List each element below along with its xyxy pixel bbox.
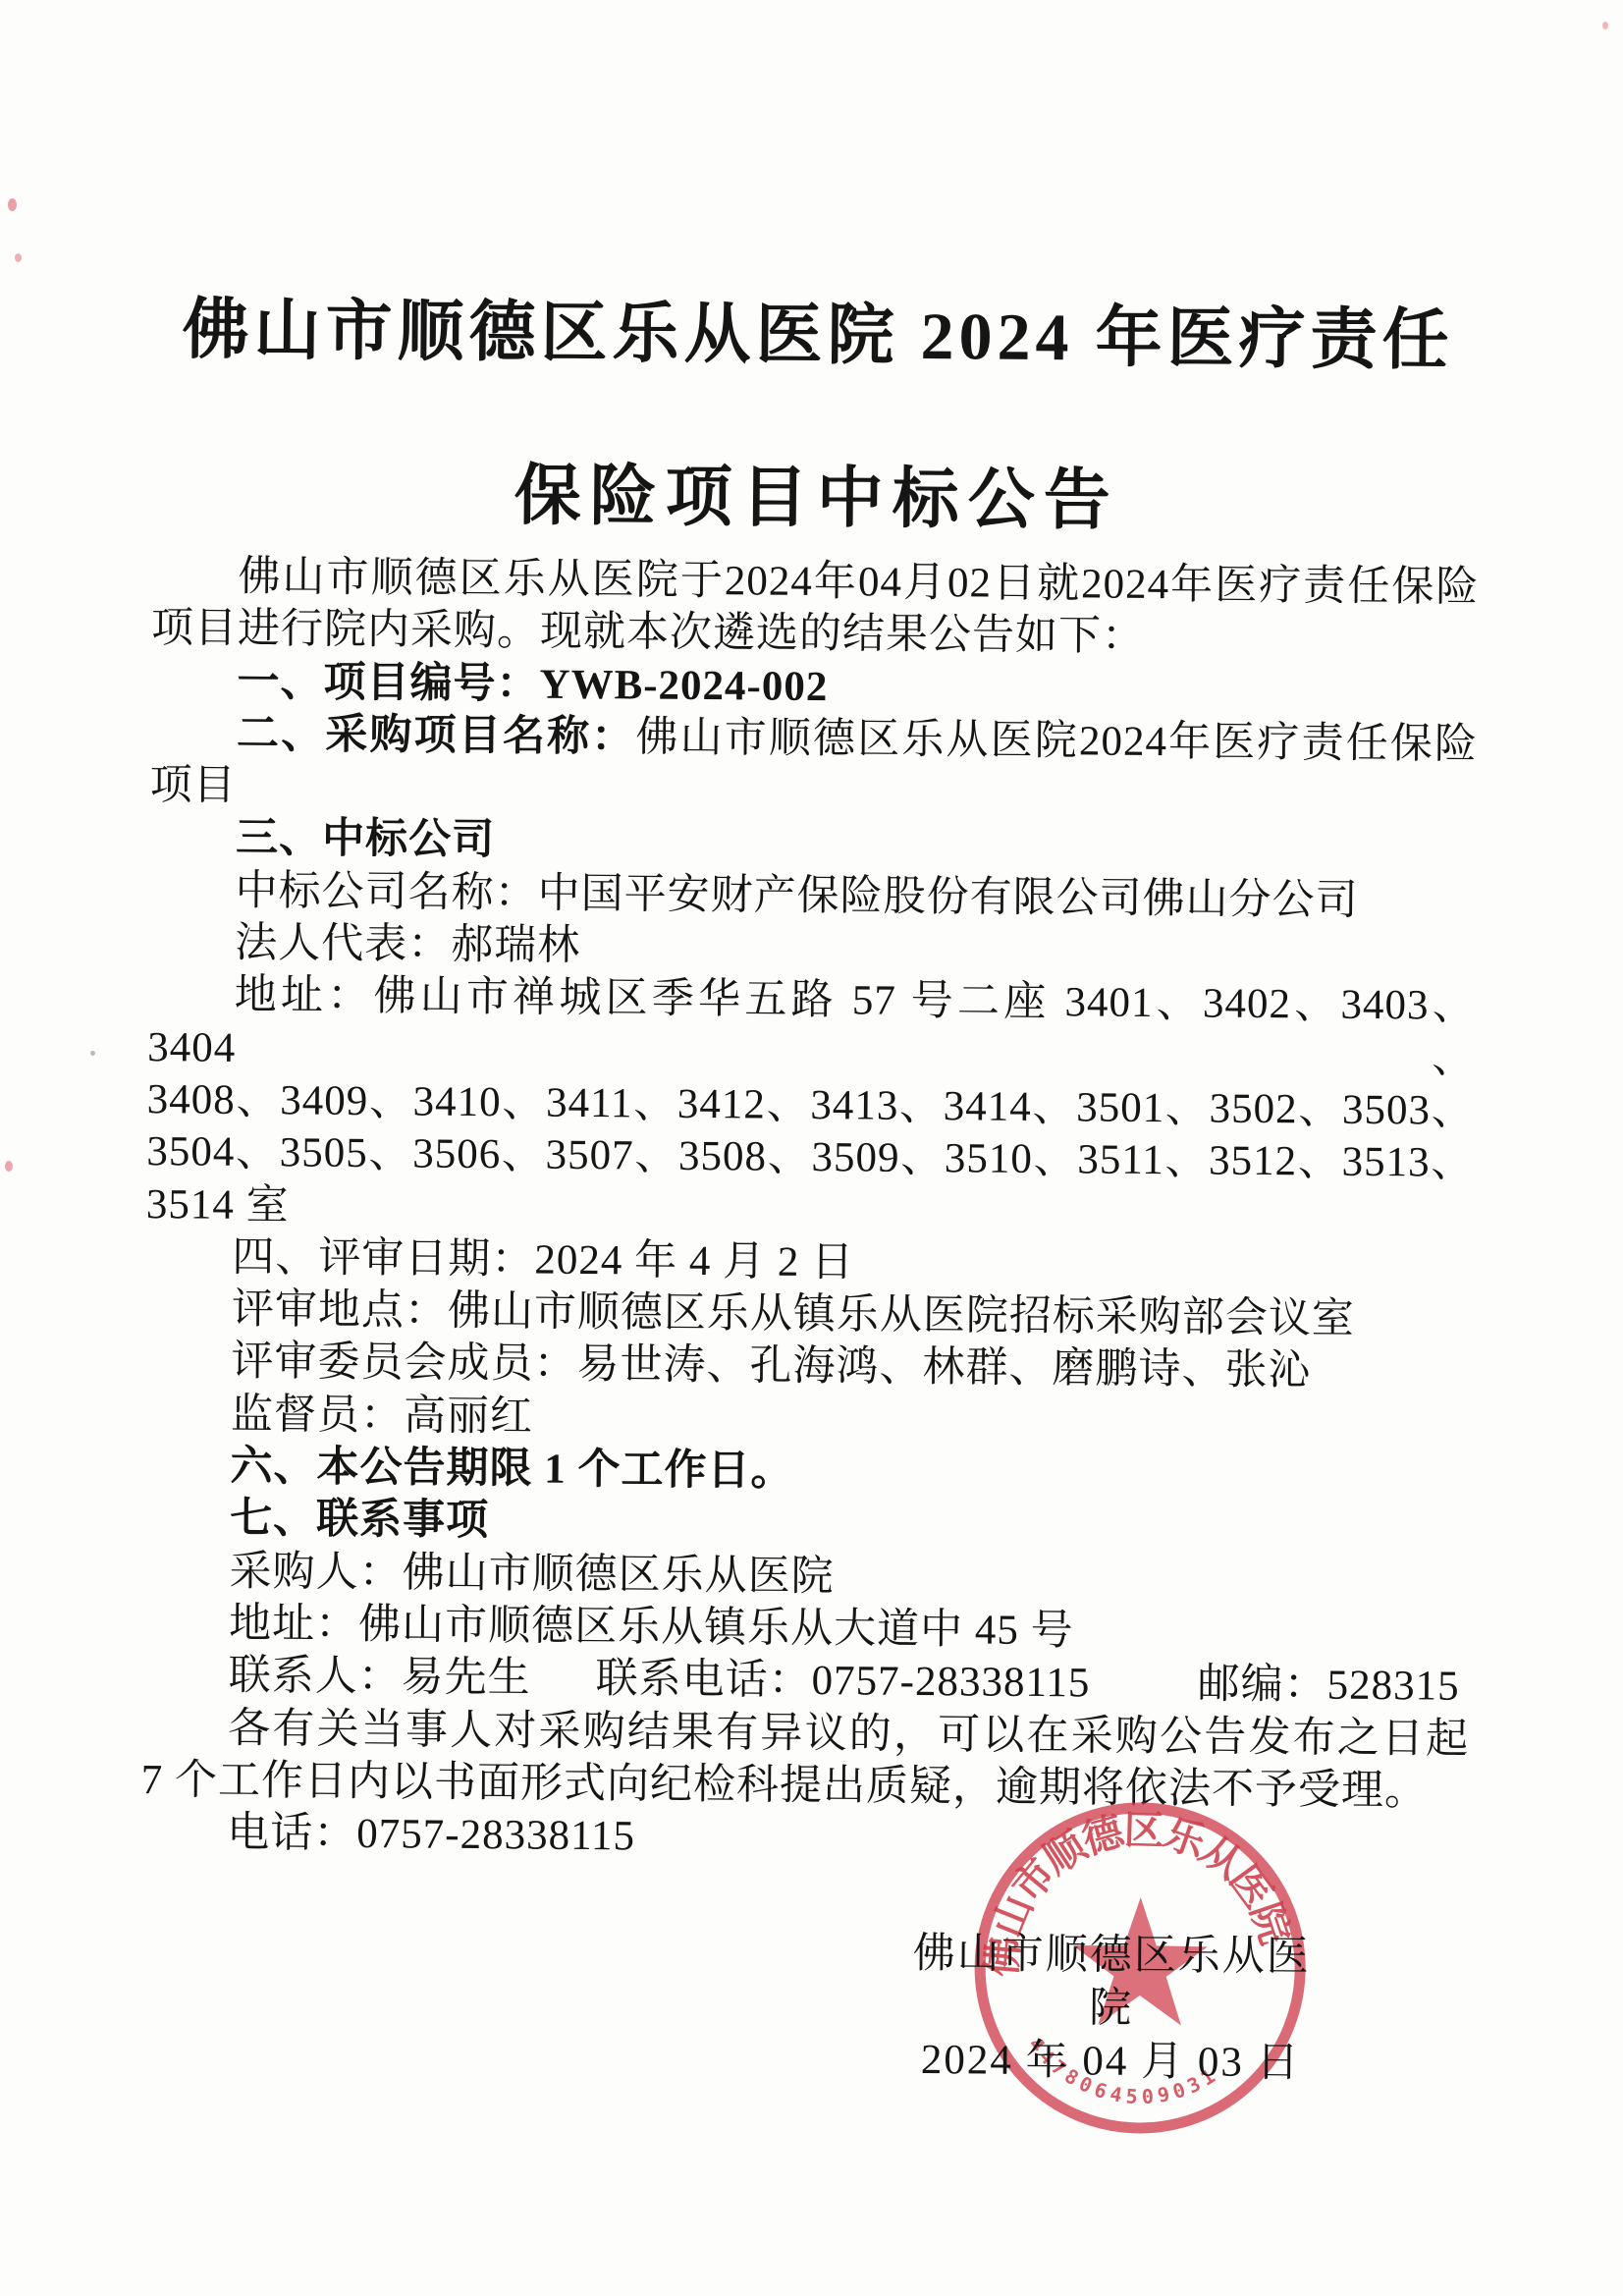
scan-speck bbox=[1602, 22, 1608, 29]
scanned-announcement: 佛山市顺德区乐从医院 2024 年医疗责任 保险项目中标公告 佛山市顺德区乐从医… bbox=[0, 0, 1623, 2296]
document-page: 佛山市顺德区乐从医院 2024 年医疗责任 保险项目中标公告 佛山市顺德区乐从医… bbox=[0, 0, 1623, 2296]
contact-phone: 联系电话：0757-28338115 bbox=[595, 1653, 1090, 1710]
signature-organization: 佛山市顺德区乐从医院 bbox=[893, 1928, 1330, 2038]
signature-date: 2024 年 04 月 03 日 bbox=[893, 2034, 1328, 2091]
document-title-line1: 佛山市顺德区乐从医院 2024 年医疗责任 bbox=[6, 285, 1623, 383]
signature-block: 佛山市顺德区乐从医院 2024 年 04 月 03 日 bbox=[893, 1928, 1329, 2091]
scan-speck bbox=[90, 1051, 95, 1056]
postal-code: 邮编：528315 bbox=[1197, 1659, 1459, 1714]
scan-speck bbox=[5, 1161, 13, 1172]
objection-notice: 各有关当事人对采购结果有异议的，可以在采购公告发布之日起 7 个工作日内以书面形… bbox=[141, 1702, 1470, 1818]
intro-paragraph: 佛山市顺德区乐从医院于2024年04月02日就2024年医疗责任保险项目进行院内… bbox=[151, 550, 1480, 666]
winner-address-line1: 地址：佛山市禅城区季华五路 57 号二座 3401、3402、3403、3404… bbox=[147, 968, 1476, 1084]
scan-speck bbox=[8, 198, 17, 211]
item-project-name-label: 二、采购项目名称： bbox=[237, 711, 636, 761]
document-title-line2: 保险项目中标公告 bbox=[5, 448, 1623, 546]
scan-speck bbox=[15, 253, 22, 262]
item-project-name: 二、采购项目名称：佛山市顺德区乐从医院2024年医疗责任保险项目 bbox=[149, 707, 1478, 823]
announcement-body: 佛山市顺德区乐从医院于2024年04月02日就2024年医疗责任保险项目进行院内… bbox=[140, 550, 1480, 1870]
contact-person: 联系人：易先生 bbox=[228, 1650, 530, 1705]
